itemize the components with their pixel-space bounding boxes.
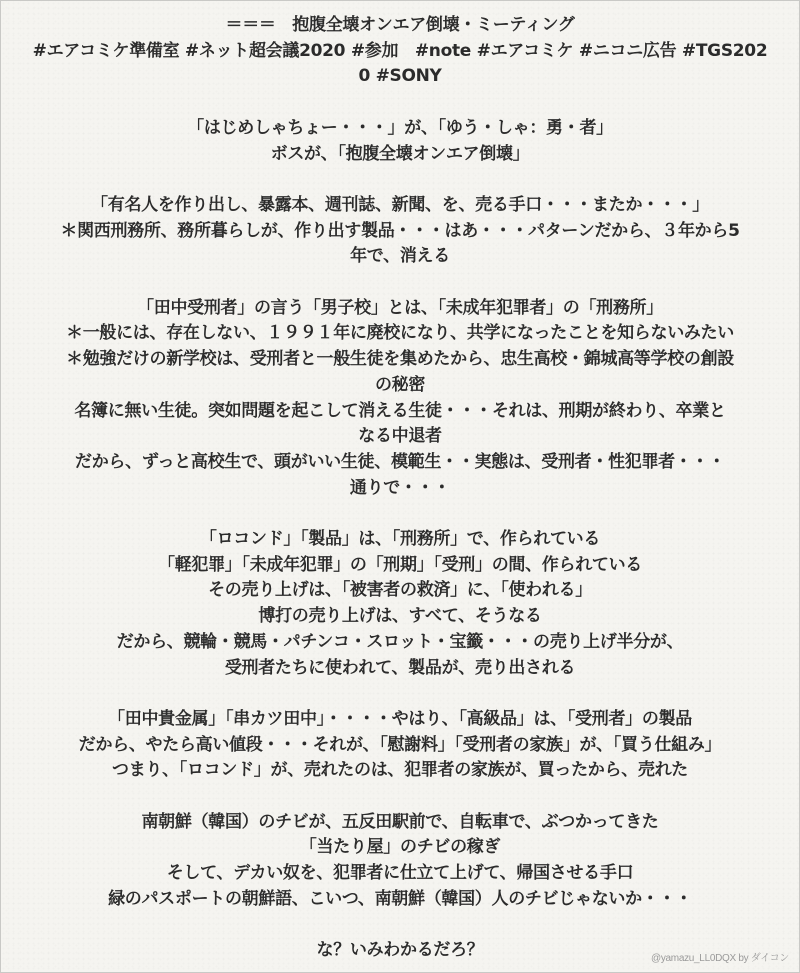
text-line: 「有名人を作り出し、暴露本、週刊誌、新聞、を、売る手口・・・またか・・・」	[11, 193, 789, 219]
blank-line	[11, 681, 789, 707]
text-line: 博打の売り上げは、すべて、そうなる	[11, 604, 789, 630]
text-line: だから、競輪・競馬・パチンコ・スロット・宝籤・・・の売り上げ半分が、	[11, 630, 789, 656]
text-line: 年で、消える	[11, 244, 789, 270]
hashtags-line: #エアコミケ準備室 #ネット超会議2020 #参加 #note #エアコミケ #…	[11, 39, 789, 65]
text-line: なる中退者	[11, 424, 789, 450]
title-line: ＝＝＝ 抱腹全壊オンエア倒壊・ミーティング	[11, 13, 789, 39]
text-line: その売り上げは、「被害者の救済」に、「使われる」	[11, 578, 789, 604]
text-line: 通りで・・・	[11, 476, 789, 502]
text-line: ＊勉強だけの新学校は、受刑者と一般生徒を集めたから、忠生高校・錦城高等学校の創設	[11, 347, 789, 373]
text-line: 「ロコンド」「製品」は、「刑務所」で、作られている	[11, 527, 789, 553]
blank-line	[11, 167, 789, 193]
text-line: ＊一般には、存在しない、１９９１年に廃校になり、共学になったことを知らないみたい	[11, 321, 789, 347]
blank-line	[11, 90, 789, 116]
text-line: ＊関西刑務所、務所暮らしが、作り出す製品・・・はあ・・・パターンだから、３年から…	[11, 219, 789, 245]
text-line: 「軽犯罪」「未成年犯罪」の「刑期」「受刑」の間、作られている	[11, 553, 789, 579]
text-line: 「当たり屋」のチビの稼ぎ	[11, 835, 789, 861]
text-line: 「田中受刑者」の言う「男子校」とは、「未成年犯罪者」の「刑務所」	[11, 296, 789, 322]
text-image-card: ＝＝＝ 抱腹全壊オンエア倒壊・ミーティング #エアコミケ準備室 #ネット超会議2…	[0, 0, 800, 973]
text-line: 「はじめしゃちょー・・・」が、「ゆう・しゃ：勇・者」	[11, 116, 789, 142]
text-line: 「田中貴金属」「串カツ田中」・・・・やはり、「高級品」は、「受刑者」の製品	[11, 707, 789, 733]
text-line: だから、やたら高い値段・・・それが、「慰謝料」「受刑者の家族」が、「買う仕組み」	[11, 733, 789, 759]
blank-line	[11, 913, 789, 939]
blank-line	[11, 784, 789, 810]
text-line: 緑のパスポートの朝鮮語、こいつ、南朝鮮（韓国）人のチビじゃないか・・・	[11, 887, 789, 913]
text-line: の秘密	[11, 373, 789, 399]
blank-line	[11, 501, 789, 527]
watermark: @yamazu_LL0DQX by ダイコン	[651, 949, 789, 964]
text-line: 南朝鮮（韓国）のチビが、五反田駅前で、自転車で、ぶつかってきた	[11, 810, 789, 836]
blank-line	[11, 270, 789, 296]
text-line: だから、ずっと高校生で、頭がいい生徒、模範生・・実態は、受刑者・性犯罪者・・・	[11, 450, 789, 476]
text-line: 受刑者たちに使われて、製品が、売り出される	[11, 656, 789, 682]
text-line: 名簿に無い生徒。突如問題を起こして消える生徒・・・それは、刑期が終わり、卒業と	[11, 399, 789, 425]
text-line: ボスが、「抱腹全壊オンエア倒壊」	[11, 142, 789, 168]
text-line: つまり、「ロコンド」が、売れたのは、犯罪者の家族が、買ったから、売れた	[11, 758, 789, 784]
text-line: そして、デカい奴を、犯罪者に仕立て上げて、帰国させる手口	[11, 861, 789, 887]
post-body: ＝＝＝ 抱腹全壊オンエア倒壊・ミーティング #エアコミケ準備室 #ネット超会議2…	[11, 13, 789, 964]
hashtags-line-cont: 0 #SONY	[11, 64, 789, 90]
